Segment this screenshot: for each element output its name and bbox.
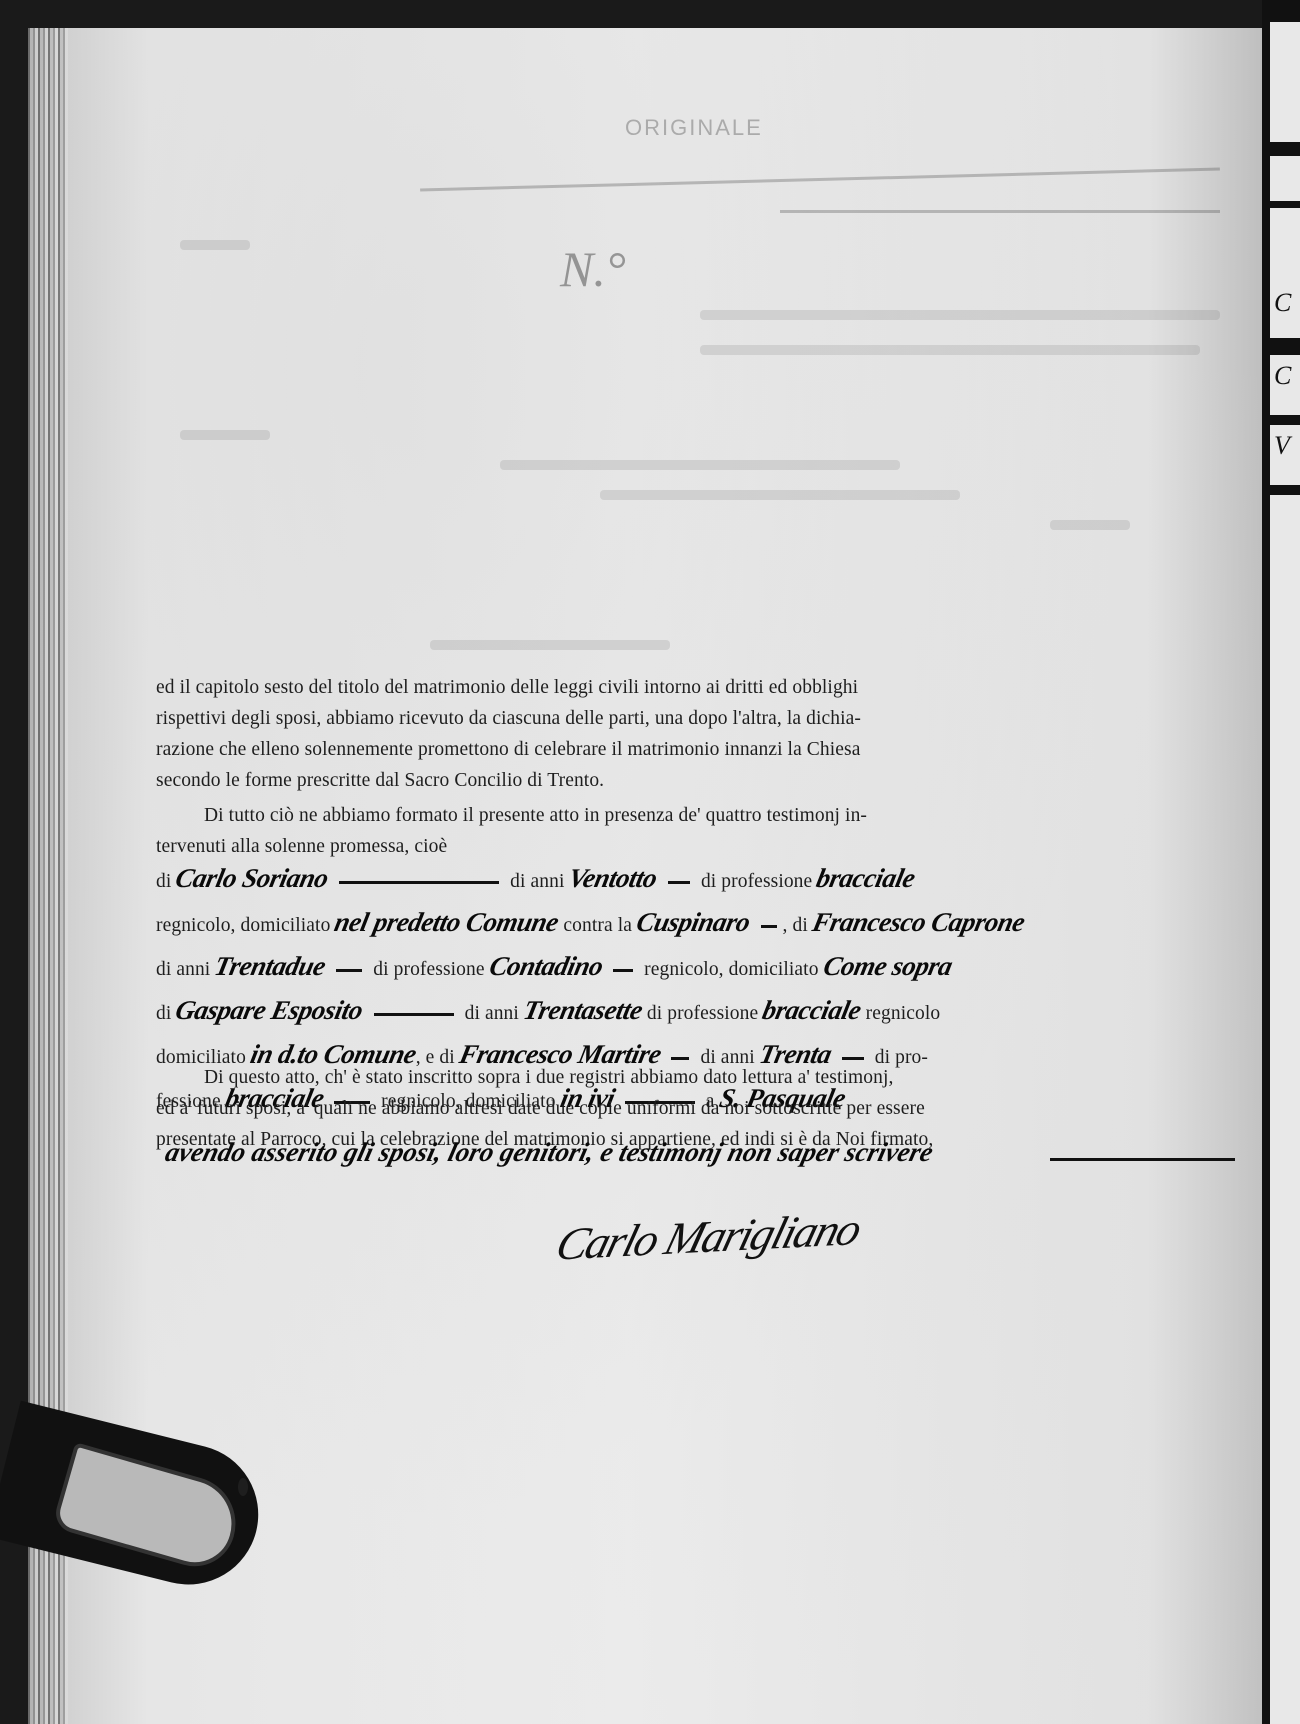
label: di anni xyxy=(156,959,210,980)
witness-line-3: di anni Trentadue di professione Contadi… xyxy=(156,946,1246,990)
faded-text-line xyxy=(1050,520,1130,530)
dash xyxy=(374,1013,454,1016)
label: di xyxy=(792,915,807,936)
label: di xyxy=(156,871,171,892)
handwritten-closing-note: avendo asserito gli sposi, loro genitori… xyxy=(162,1137,936,1168)
label: di professione xyxy=(701,871,812,892)
faded-text-line xyxy=(180,240,250,250)
faded-text-line xyxy=(180,430,270,440)
label: di professione xyxy=(647,1003,758,1024)
witness-age: Trentadue xyxy=(211,946,330,986)
faded-text-line xyxy=(600,490,960,500)
label: di anni xyxy=(465,1003,519,1024)
witness-profession: Contadino xyxy=(485,946,606,986)
adjacent-page-edge: C C V xyxy=(1262,0,1300,1724)
text-line: ed a' futuri sposi, a' quali ne abbiamo … xyxy=(156,1093,1246,1124)
printed-paragraph-1: ed il capitolo sesto del titolo del matr… xyxy=(156,672,1246,796)
witness-line-4: di Gaspare Esposito di anni Trentasette … xyxy=(156,990,1246,1034)
text-line: rispettivi degli sposi, abbiamo ricevuto… xyxy=(156,703,1246,734)
witness-profession: bracciale xyxy=(759,990,865,1030)
witness-line-1: di Carlo Soriano di anni Ventotto di pro… xyxy=(156,858,1246,902)
witness-age: Trentasette xyxy=(520,990,646,1030)
witness-name: Carlo Soriano xyxy=(172,858,332,898)
dash xyxy=(671,1057,689,1060)
text-line: Di questo atto, ch' è stato inscritto so… xyxy=(156,1062,1246,1093)
label: di professione xyxy=(373,959,484,980)
witness-domicile: nel predetto Comune xyxy=(331,902,563,942)
faded-text-line xyxy=(700,310,1220,320)
faded-text-line xyxy=(430,640,670,650)
label: di anni xyxy=(510,871,564,892)
margin-cell xyxy=(1270,22,1300,142)
label: regnicolo, xyxy=(644,959,724,980)
text-line: Di tutto ciò ne abbiamo formato il prese… xyxy=(156,800,1246,831)
faded-register-number: N.° xyxy=(560,240,626,298)
printed-paragraph-2: Di tutto ciò ne abbiamo formato il prese… xyxy=(156,800,1246,862)
faded-text-line xyxy=(700,345,1200,355)
witness-name: Gaspare Esposito xyxy=(172,990,367,1030)
closing-underline xyxy=(1050,1158,1235,1161)
margin-glyph: C xyxy=(1270,355,1300,391)
margin-glyph: V xyxy=(1270,425,1300,461)
faded-text-line xyxy=(500,460,900,470)
margin-glyph: C xyxy=(1270,208,1300,318)
label: regnicolo xyxy=(866,1003,941,1024)
text-line: ed il capitolo sesto del titolo del matr… xyxy=(156,672,1246,703)
label: di xyxy=(156,1003,171,1024)
faded-rule xyxy=(780,210,1220,213)
witness-profession: bracciale xyxy=(813,858,919,898)
dash xyxy=(336,969,362,972)
margin-cell xyxy=(1270,495,1300,1724)
witness-name: Francesco Caprone xyxy=(809,902,1029,942)
dash xyxy=(668,881,690,884)
label: regnicolo, xyxy=(156,915,236,936)
margin-cell: C xyxy=(1270,355,1300,415)
margin-cell: C xyxy=(1270,208,1300,338)
margin-cell xyxy=(1270,156,1300,201)
dash xyxy=(761,925,777,928)
faded-header-title: ORIGINALE xyxy=(625,115,763,141)
text-line: secondo le forme prescritte dal Sacro Co… xyxy=(156,765,1246,796)
margin-cell: V xyxy=(1270,425,1300,485)
label: contra la xyxy=(563,915,632,936)
dash xyxy=(613,969,633,972)
dash xyxy=(339,881,499,884)
witness-age: Ventotto xyxy=(565,858,661,898)
witness-domicile: Come sopra xyxy=(819,946,955,986)
dash xyxy=(842,1057,864,1060)
label: domiciliato xyxy=(241,915,331,936)
witness-street: Cuspinaro xyxy=(633,902,754,942)
witness-line-2: regnicolo, domiciliato nel predetto Comu… xyxy=(156,902,1246,946)
label: domiciliato xyxy=(729,959,819,980)
ink-spot xyxy=(238,1478,248,1496)
text-line: razione che elleno solennemente prometto… xyxy=(156,734,1246,765)
